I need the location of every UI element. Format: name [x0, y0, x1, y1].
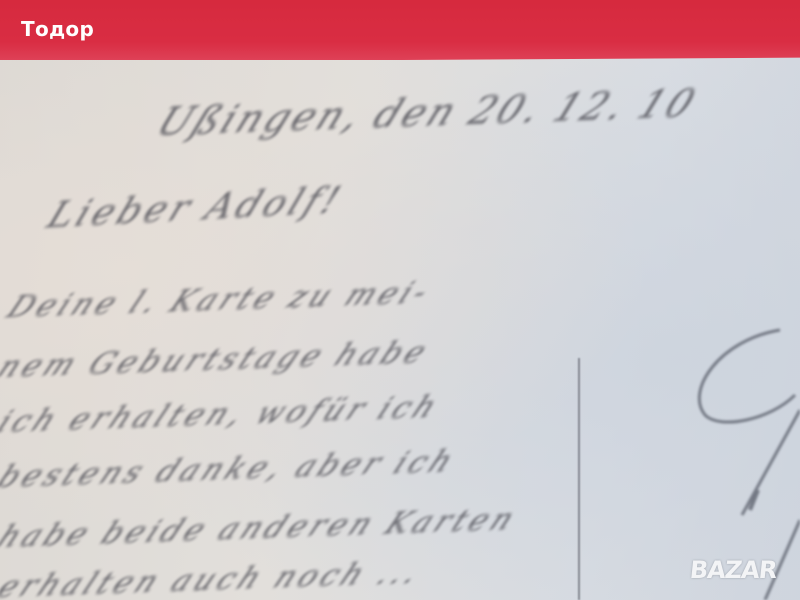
handwritten-line: Deine l. Karte zu mei-: [1, 275, 437, 325]
handwritten-line: ich erhalten, wofür ich: [0, 389, 447, 440]
handwritten-address-strokes: [680, 300, 800, 600]
postcard-photo: Ußingen, den 20. 12. 10 Lieber Adolf! De…: [0, 0, 800, 600]
handwritten-dateline: Ußingen, den 20. 12. 10: [151, 81, 705, 144]
top-banner: Тодор: [0, 0, 800, 60]
handwritten-line: habe beide anderen Karten: [0, 502, 524, 556]
handwritten-greeting: Lieber Adolf!: [42, 179, 350, 236]
handwritten-line: erhalten auch noch ...: [0, 555, 429, 600]
handwritten-line: bestens danke, aber ich: [0, 444, 463, 495]
seller-name: Тодор: [21, 17, 94, 41]
handwritten-line: nem Geburtstage habe: [0, 335, 436, 386]
bazar-watermark-logo: BAZAR: [689, 556, 778, 584]
postcard-divider-line: [578, 358, 580, 600]
